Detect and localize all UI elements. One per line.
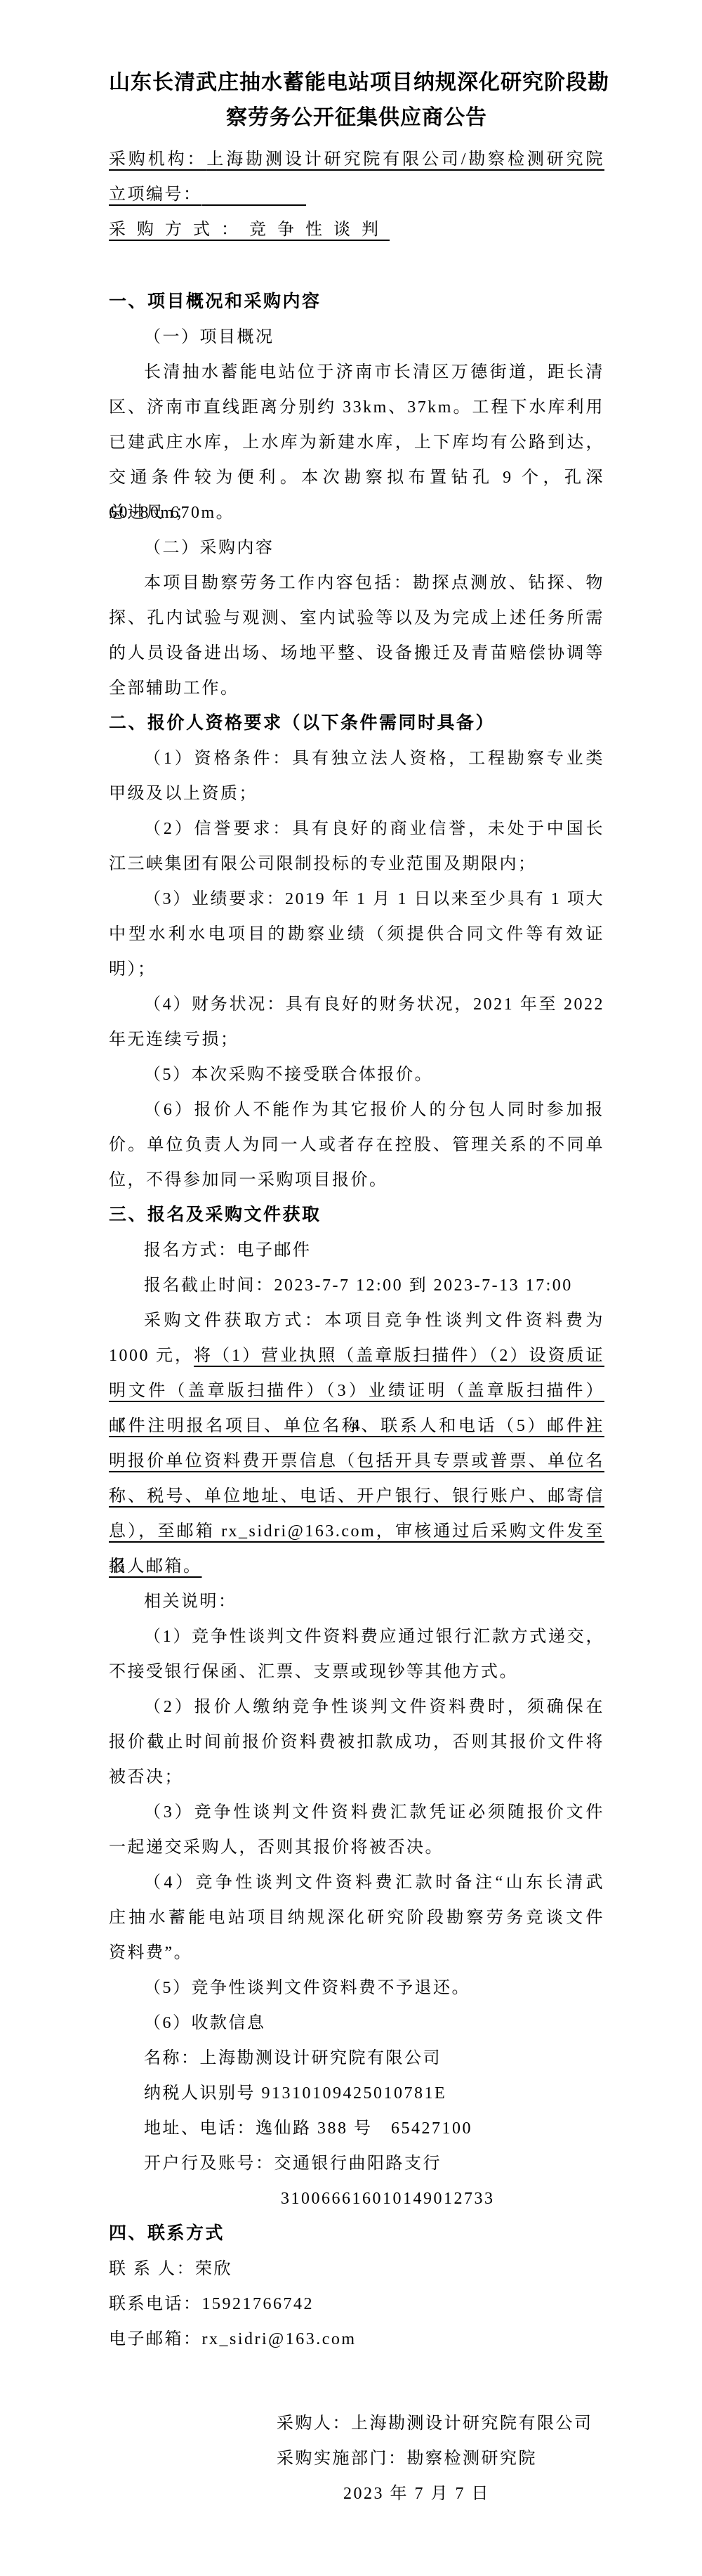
doc-line: 甲级及以上资质； [109, 776, 604, 811]
doc-line: 年无连续亏损； [109, 1022, 604, 1057]
buyer-line: 采购人：上海勘测设计研究院有限公司 [109, 2406, 604, 2441]
text-run: 被否决； [109, 1768, 183, 1786]
text-run: （5）竞争性谈判文件资料费不予退还。 [144, 1979, 470, 1997]
underlined-text: 将（1）营业执照（盖章版扫描件）（2）设资质证 [194, 1347, 604, 1365]
text-run: 不接受银行保函、汇票、支票或现钞等其他方式。 [109, 1663, 518, 1681]
meta-procurement-method: 采购方式：竞争性谈判 [109, 212, 604, 247]
doc-line: 邮件注明报名项目、单位名称、联系人和电话（5）邮件注 [109, 1408, 604, 1444]
doc-line: 全部辅助工作。 [109, 671, 604, 706]
text-run: 中型水利水电项目的勘察业绩（须提供合同文件等有效证 [109, 925, 604, 943]
doc-line: （5）本次采购不接受联合体报价。 [109, 1057, 604, 1092]
doc-line: （4）财务状况：具有良好的财务状况，2021 年至 2022 [109, 987, 604, 1022]
doc-line: 采购文件获取方式：本项目竞争性谈判文件资料费为 [109, 1303, 604, 1338]
text-run: 名人邮箱。 [109, 1557, 202, 1576]
text-run: 2023 年 7 月 7 日 [343, 2485, 490, 2503]
text-run: 四、联系方式 [109, 2224, 225, 2243]
doc-line: 明文件（盖章版扫描件）（3）业绩证明（盖章版扫描件）（4） [109, 1373, 604, 1408]
text-run: 明）； [109, 960, 157, 979]
text-run: （1）资格条件：具有独立法人资格，工程勘察专业类 [144, 750, 604, 768]
address-phone-line: 地址、电话：逸仙路 388 号 65427100 [109, 2111, 604, 2146]
text-run: 邮件注明报名项目、单位名称、联系人和电话（5）邮件注 [109, 1417, 604, 1435]
text-run: 全部辅助工作。 [109, 679, 239, 698]
text-run: （2）信誉要求：具有良好的商业信誉，未处于中国长 [144, 820, 604, 838]
taxpayer-id-line: 纳税人识别号 91310109425010781E [109, 2076, 604, 2111]
section-1-heading: 一、项目概况和采购内容 [109, 285, 604, 320]
text-run: （5）本次采购不接受联合体报价。 [144, 1066, 433, 1084]
date-line: 2023 年 7 月 7 日 [109, 2476, 604, 2511]
contact-email-line: 电子邮箱：rx_sidri@163.com [109, 2322, 604, 2357]
text-run: 江三峡集团有限公司限制投标的专业范围及期限内； [109, 855, 537, 873]
text-run: （3）业绩要求：2019 年 1 月 1 日以来至少具有 1 项大 [144, 890, 604, 908]
text-run: 纳税人识别号 91310109425010781E [144, 2084, 446, 2103]
text-run: 1000 元， [109, 1347, 194, 1365]
contact-phone-line: 联系电话：15921766742 [109, 2287, 604, 2322]
section-1-2-heading: （二）采购内容 [109, 530, 604, 565]
doc-line: 本项目勘察劳务工作内容包括：勘探点测放、钻探、物 [109, 565, 604, 601]
text-run: 价。单位负责人为同一人或者存在控股、管理关系的不同单 [109, 1136, 604, 1154]
doc-line: 江三峡集团有限公司限制投标的专业范围及期限内； [109, 846, 604, 882]
doc-line: 称、税号、单位地址、电话、开户银行、银行账户、邮寄信 [109, 1479, 604, 1514]
bank-branch-line: 开户行及账号：交通银行曲阳路支行 [109, 2146, 604, 2181]
text-run: （4）财务状况：具有良好的财务状况，2021 年至 2022 [144, 995, 604, 1014]
doc-line: （3）业绩要求：2019 年 1 月 1 日以来至少具有 1 项大 [109, 882, 604, 917]
text-run: 的人员设备进出场、场地平整、设备搬迁及青苗赔偿协调等 [109, 644, 604, 662]
meta-method-label: 采购方式： [109, 221, 249, 239]
text-run: 明报价单位资料费开票信息（包括开具专票或普票、单位名 [109, 1452, 604, 1470]
contact-person-line: 联 系 人：荣欣 [109, 2251, 604, 2287]
text-run: 一、项目概况和采购内容 [109, 292, 322, 311]
section-4-heading: 四、联系方式 [109, 2216, 604, 2251]
text-run: 联 系 人：荣欣 [109, 2260, 232, 2278]
meta-project-no-label: 立项编号： [109, 185, 202, 204]
doc-line: 探、孔内试验与观测、室内试验等以及为完成上述任务所需 [109, 601, 604, 636]
text-run: 采购文件获取方式：本项目竞争性谈判文件资料费为 [144, 1312, 604, 1330]
meta-procurement-agency: 采购机构：上海勘测设计研究院有限公司/勘察检测研究院 [109, 142, 604, 177]
doc-line: 长清抽水蓄能电站位于济南市长清区万德街道，距长清 [109, 355, 604, 390]
text-run: 长清抽水蓄能电站位于济南市长清区万德街道，距长清 [144, 363, 604, 381]
text-run: 甲级及以上资质； [109, 785, 258, 803]
blank-underline [202, 196, 306, 206]
text-run: （4）竞争性谈判文件资料费汇款时备注“山东长清武 [144, 1874, 604, 1892]
document-title: 山东长清武庄抽水蓄能电站项目纳规深化研究阶段勘 察劳务公开征集供应商公告 [109, 65, 604, 136]
text-run: 三、报名及采购文件获取 [109, 1205, 322, 1224]
text-run: （二）采购内容 [144, 539, 274, 557]
underlined-text: 采购机构：上海勘测设计研究院有限公司/勘察检测研究院 [109, 150, 604, 169]
document-title-line2: 察劳务公开征集供应商公告 [109, 100, 604, 136]
text-run: 相关说明： [144, 1593, 237, 1611]
text-run: 庄抽水蓄能电站项目纳规深化研究阶段勘察劳务竞谈文件 [109, 1909, 604, 1927]
text-run: 区、济南市直线距离分别约 33km、37km。工程下水库利用 [109, 398, 604, 417]
doc-line: 庄抽水蓄能电站项目纳规深化研究阶段勘察劳务竞谈文件 [109, 1900, 604, 1935]
doc-line: 被否决； [109, 1760, 604, 1795]
text-run: 电子邮箱：rx_sidri@163.com [109, 2330, 357, 2348]
text-run: 已建武庄水库，上水库为新建水库，上下库均有公路到达， [109, 433, 604, 452]
text-run: 称、税号、单位地址、电话、开户银行、银行账户、邮寄信 [109, 1487, 604, 1505]
doc-line: （6）报价人不能作为其它报价人的分包人同时参加报 [109, 1092, 604, 1127]
spacer-before-signature [109, 2357, 604, 2406]
text-run: 开户行及账号：交通银行曲阳路支行 [144, 2155, 442, 2173]
document-meta: 采购机构：上海勘测设计研究院有限公司/勘察检测研究院 立项编号： 采购方式：竞争… [109, 142, 604, 247]
doc-line: （6）收款信息 [109, 2006, 604, 2041]
text-run: 联系电话：15921766742 [109, 2295, 314, 2313]
doc-line: 价。单位负责人为同一人或者存在控股、管理关系的不同单 [109, 1127, 604, 1163]
purchasing-department-line: 采购实施部门：勘察检测研究院 [109, 2441, 604, 2476]
text-run: 名称：上海勘测设计研究院有限公司 [144, 2049, 442, 2067]
text-run: 310066616010149012733 [281, 2190, 495, 2208]
meta-method-value: 竞争性谈判 [249, 221, 390, 239]
doc-line: （3）竞争性谈判文件资料费汇款凭证必须随报价文件 [109, 1795, 604, 1830]
meta-agency-label: 采购机构： [109, 150, 206, 169]
text-run: （一）项目概况 [144, 328, 274, 346]
text-run: 探、孔内试验与观测、室内试验等以及为完成上述任务所需 [109, 609, 604, 627]
text-run: （3）竞争性谈判文件资料费汇款凭证必须随报价文件 [144, 1803, 604, 1822]
doc-line: 资料费”。 [109, 1935, 604, 1970]
text-run: 采购实施部门：勘察检测研究院 [277, 2450, 537, 2468]
doc-line: 位，不得参加同一采购项目报价。 [109, 1163, 604, 1198]
doc-line: 交通条件较为便利。本次勘察拟布置钻孔 9 个，孔深 60~80m； [109, 460, 604, 495]
doc-line: （1）竞争性谈判文件资料费应通过银行汇款方式递交， [109, 1619, 604, 1654]
text-run: （2）报价人缴纳竞争性谈判文件资料费时，须确保在 [144, 1698, 604, 1716]
doc-line: 明）； [109, 952, 604, 987]
document-body: 一、项目概况和采购内容（一）项目概况长清抽水蓄能电站位于济南市长清区万德街道，距… [109, 285, 604, 2511]
document-page: 山东长清武庄抽水蓄能电站项目纳规深化研究阶段勘 察劳务公开征集供应商公告 采购机… [0, 0, 702, 2576]
text-run: 报名方式：电子邮件 [144, 1241, 312, 1260]
doc-line: （4）竞争性谈判文件资料费汇款时备注“山东长清武 [109, 1865, 604, 1900]
doc-line: 名人邮箱。 [109, 1549, 604, 1584]
doc-line: 息），至邮箱 rx_sidri@163.com，审核通过后采购文件发至报 [109, 1514, 604, 1549]
text-run: 年无连续亏损； [109, 1031, 239, 1049]
bank-account-line: 310066616010149012733 [109, 2181, 604, 2216]
text-run: 本项目勘察劳务工作内容包括：勘探点测放、钻探、物 [144, 574, 604, 592]
section-3-heading: 三、报名及采购文件获取 [109, 1198, 604, 1233]
text-run: 二、报价人资格要求（以下条件需同时具备） [109, 714, 495, 733]
meta-agency-value: 上海勘测设计研究院有限公司/勘察检测研究院 [206, 150, 604, 169]
text-run: 报价截止时间前报价资料费被扣款成功，否则其报价文件将 [109, 1733, 604, 1751]
section-2-heading: 二、报价人资格要求（以下条件需同时具备） [109, 706, 604, 741]
doc-line: （5）竞争性谈判文件资料费不予退还。 [109, 1970, 604, 2006]
doc-line: （2）报价人缴纳竞争性谈判文件资料费时，须确保在 [109, 1689, 604, 1725]
text-run: （1）竞争性谈判文件资料费应通过银行汇款方式递交， [144, 1628, 604, 1646]
meta-project-number: 立项编号： [109, 177, 604, 212]
text-run: 地址、电话：逸仙路 388 号 65427100 [144, 2119, 472, 2138]
doc-line: 区、济南市直线距离分别约 33km、37km。工程下水库利用 [109, 390, 604, 425]
doc-line: 一起递交采购人，否则其报价将被否决。 [109, 1830, 604, 1865]
payee-name-line: 名称：上海勘测设计研究院有限公司 [109, 2041, 604, 2076]
doc-line: 明报价单位资料费开票信息（包括开具专票或普票、单位名 [109, 1444, 604, 1479]
underlined-text: 采购方式：竞争性谈判 [109, 221, 390, 239]
registration-method-line: 报名方式：电子邮件 [109, 1233, 604, 1268]
text-run: 位，不得参加同一采购项目报价。 [109, 1171, 388, 1189]
doc-line: 报价截止时间前报价资料费被扣款成功，否则其报价文件将 [109, 1725, 604, 1760]
doc-line: 中型水利水电项目的勘察业绩（须提供合同文件等有效证 [109, 917, 604, 952]
doc-line: 1000 元，将（1）营业执照（盖章版扫描件）（2）设资质证 [109, 1338, 604, 1373]
text-run: （6）收款信息 [144, 2014, 266, 2032]
text-run: 采购人：上海勘测设计研究院有限公司 [277, 2414, 593, 2433]
document-title-line1: 山东长清武庄抽水蓄能电站项目纳规深化研究阶段勘 [109, 65, 604, 100]
section-1-1-heading: （一）项目概况 [109, 320, 604, 355]
doc-line: 不接受银行保函、汇票、支票或现钞等其他方式。 [109, 1654, 604, 1689]
text-run: 一起递交采购人，否则其报价将被否决。 [109, 1838, 444, 1857]
registration-deadline-line: 报名截止时间：2023-7-7 12:00 到 2023-7-13 17:00 [109, 1268, 604, 1303]
doc-line: （1）资格条件：具有独立法人资格，工程勘察专业类 [109, 741, 604, 776]
doc-line: 相关说明： [109, 1584, 604, 1619]
text-run: （6）报价人不能作为其它报价人的分包人同时参加报 [144, 1101, 604, 1119]
text-run: 报名截止时间：2023-7-7 12:00 到 2023-7-13 17:00 [144, 1276, 573, 1295]
doc-line: 已建武庄水库，上水库为新建水库，上下库均有公路到达， [109, 425, 604, 460]
doc-line: 总进尺 670m。 [109, 495, 604, 530]
doc-line: 的人员设备进出场、场地平整、设备搬迁及青苗赔偿协调等 [109, 636, 604, 671]
text-run: 总进尺 670m。 [109, 504, 234, 522]
doc-line: （2）信誉要求：具有良好的商业信誉，未处于中国长 [109, 811, 604, 846]
text-run: 资料费”。 [109, 1944, 192, 1962]
document-content: 山东长清武庄抽水蓄能电站项目纳规深化研究阶段勘 察劳务公开征集供应商公告 采购机… [0, 0, 702, 2511]
